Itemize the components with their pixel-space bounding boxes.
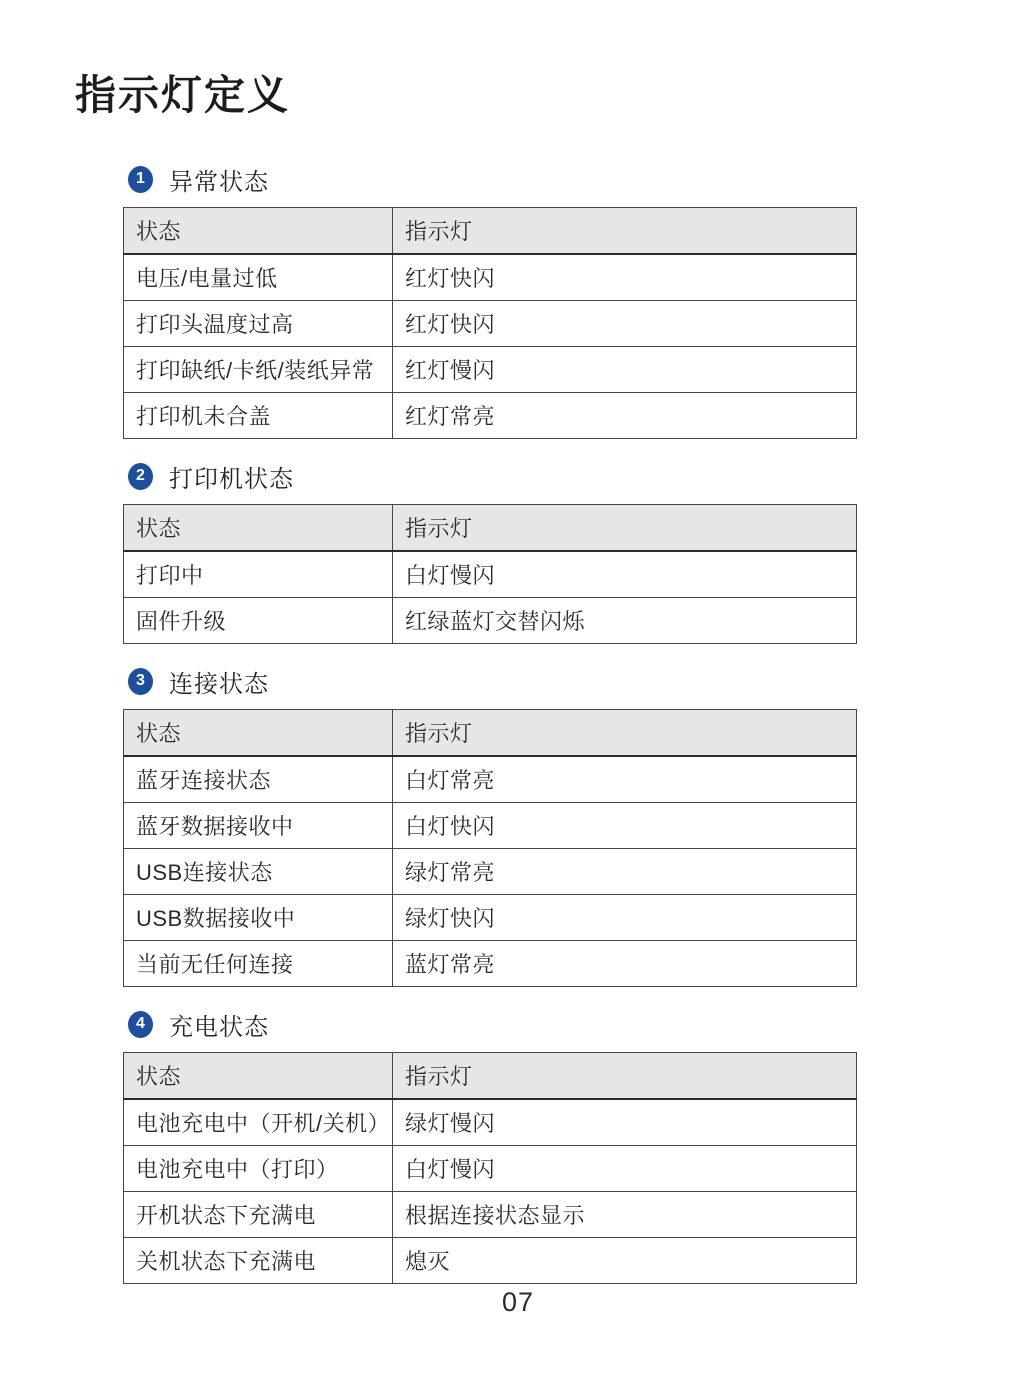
section-number-badge: 2: [128, 463, 153, 490]
section-number-badge: 1: [128, 166, 153, 193]
status-cell: 蓝牙数据接收中: [124, 803, 393, 849]
table-row: 蓝牙连接状态 白灯常亮: [124, 756, 857, 803]
section-abnormal-status: 1 异常状态 状态 指示灯 电压/电量过低 红灯快闪: [123, 164, 857, 439]
section-charging-status: 4 充电状态 状态 指示灯 电池充电中（开机/关机） 绿灯慢闪: [123, 1009, 857, 1284]
column-header-status: 状态: [124, 1053, 393, 1100]
indicator-cell: 绿灯快闪: [393, 895, 857, 941]
indicator-cell: 白灯常亮: [393, 756, 857, 803]
table-row: 打印中 白灯慢闪: [124, 551, 857, 598]
status-cell: 开机状态下充满电: [124, 1192, 393, 1238]
section-number-badge: 3: [128, 668, 153, 695]
indicator-cell: 绿灯常亮: [393, 849, 857, 895]
table-header-row: 状态 指示灯: [124, 1053, 857, 1100]
status-table: 状态 指示灯 蓝牙连接状态 白灯常亮 蓝牙数据接收中 白灯快闪 USB连接状态: [123, 709, 857, 987]
table-row: USB数据接收中 绿灯快闪: [124, 895, 857, 941]
table-row: 关机状态下充满电 熄灭: [124, 1238, 857, 1284]
table-row: 电池充电中（开机/关机） 绿灯慢闪: [124, 1099, 857, 1146]
page-title: 指示灯定义: [0, 0, 1036, 119]
column-header-status: 状态: [124, 208, 393, 255]
table-row: 打印机未合盖 红灯常亮: [124, 393, 857, 439]
indicator-cell: 红灯快闪: [393, 301, 857, 347]
indicator-cell: 红灯慢闪: [393, 347, 857, 393]
section-connection-status: 3 连接状态 状态 指示灯 蓝牙连接状态 白灯常亮 蓝: [123, 666, 857, 987]
indicator-cell: 根据连接状态显示: [393, 1192, 857, 1238]
table-row: 当前无任何连接 蓝灯常亮: [124, 941, 857, 987]
page-number: 07: [0, 1287, 1036, 1318]
status-cell: 电池充电中（开机/关机）: [124, 1099, 393, 1146]
status-table: 状态 指示灯 电池充电中（开机/关机） 绿灯慢闪 电池充电中（打印） 白灯慢闪 …: [123, 1052, 857, 1284]
section-printer-status: 2 打印机状态 状态 指示灯 打印中 白灯慢闪 固件升: [123, 461, 857, 644]
status-table: 状态 指示灯 打印中 白灯慢闪 固件升级 红绿蓝灯交替闪烁: [123, 504, 857, 644]
indicator-cell: 红灯常亮: [393, 393, 857, 439]
table-row: 打印缺纸/卡纸/装纸异常 红灯慢闪: [124, 347, 857, 393]
status-cell: 打印头温度过高: [124, 301, 393, 347]
status-cell: 固件升级: [124, 598, 393, 644]
status-cell: 打印缺纸/卡纸/装纸异常: [124, 347, 393, 393]
indicator-cell: 白灯慢闪: [393, 551, 857, 598]
indicator-cell: 白灯慢闪: [393, 1146, 857, 1192]
table-row: USB连接状态 绿灯常亮: [124, 849, 857, 895]
status-cell: USB数据接收中: [124, 895, 393, 941]
column-header-indicator: 指示灯: [393, 505, 857, 552]
table-row: 蓝牙数据接收中 白灯快闪: [124, 803, 857, 849]
section-heading: 3 连接状态: [128, 666, 857, 696]
table-header-row: 状态 指示灯: [124, 505, 857, 552]
column-header-indicator: 指示灯: [393, 208, 857, 255]
column-header-status: 状态: [124, 710, 393, 757]
indicator-cell: 红灯快闪: [393, 254, 857, 301]
table-row: 电池充电中（打印） 白灯慢闪: [124, 1146, 857, 1192]
table-header-row: 状态 指示灯: [124, 710, 857, 757]
column-header-indicator: 指示灯: [393, 710, 857, 757]
section-heading: 4 充电状态: [128, 1009, 857, 1039]
table-header-row: 状态 指示灯: [124, 208, 857, 255]
status-table: 状态 指示灯 电压/电量过低 红灯快闪 打印头温度过高 红灯快闪 打印缺纸/卡纸…: [123, 207, 857, 439]
status-cell: 电压/电量过低: [124, 254, 393, 301]
page-content: 1 异常状态 状态 指示灯 电压/电量过低 红灯快闪: [123, 164, 857, 1284]
column-header-indicator: 指示灯: [393, 1053, 857, 1100]
table-row: 打印头温度过高 红灯快闪: [124, 301, 857, 347]
indicator-cell: 白灯快闪: [393, 803, 857, 849]
section-number-badge: 4: [128, 1011, 153, 1038]
table-row: 固件升级 红绿蓝灯交替闪烁: [124, 598, 857, 644]
section-label: 异常状态: [169, 162, 269, 197]
indicator-cell: 蓝灯常亮: [393, 941, 857, 987]
table-row: 电压/电量过低 红灯快闪: [124, 254, 857, 301]
status-cell: 电池充电中（打印）: [124, 1146, 393, 1192]
column-header-status: 状态: [124, 505, 393, 552]
status-cell: USB连接状态: [124, 849, 393, 895]
section-label: 充电状态: [169, 1007, 269, 1042]
table-row: 开机状态下充满电 根据连接状态显示: [124, 1192, 857, 1238]
status-cell: 蓝牙连接状态: [124, 756, 393, 803]
section-heading: 2 打印机状态: [128, 461, 857, 491]
manual-page: 指示灯定义 1 异常状态 状态 指示灯 电压/电量过低 红灯快: [0, 0, 1036, 1376]
status-cell: 打印中: [124, 551, 393, 598]
indicator-cell: 红绿蓝灯交替闪烁: [393, 598, 857, 644]
section-heading: 1 异常状态: [128, 164, 857, 194]
section-label: 打印机状态: [169, 459, 294, 494]
status-cell: 打印机未合盖: [124, 393, 393, 439]
status-cell: 关机状态下充满电: [124, 1238, 393, 1284]
indicator-cell: 绿灯慢闪: [393, 1099, 857, 1146]
indicator-cell: 熄灭: [393, 1238, 857, 1284]
status-cell: 当前无任何连接: [124, 941, 393, 987]
section-label: 连接状态: [169, 664, 269, 699]
